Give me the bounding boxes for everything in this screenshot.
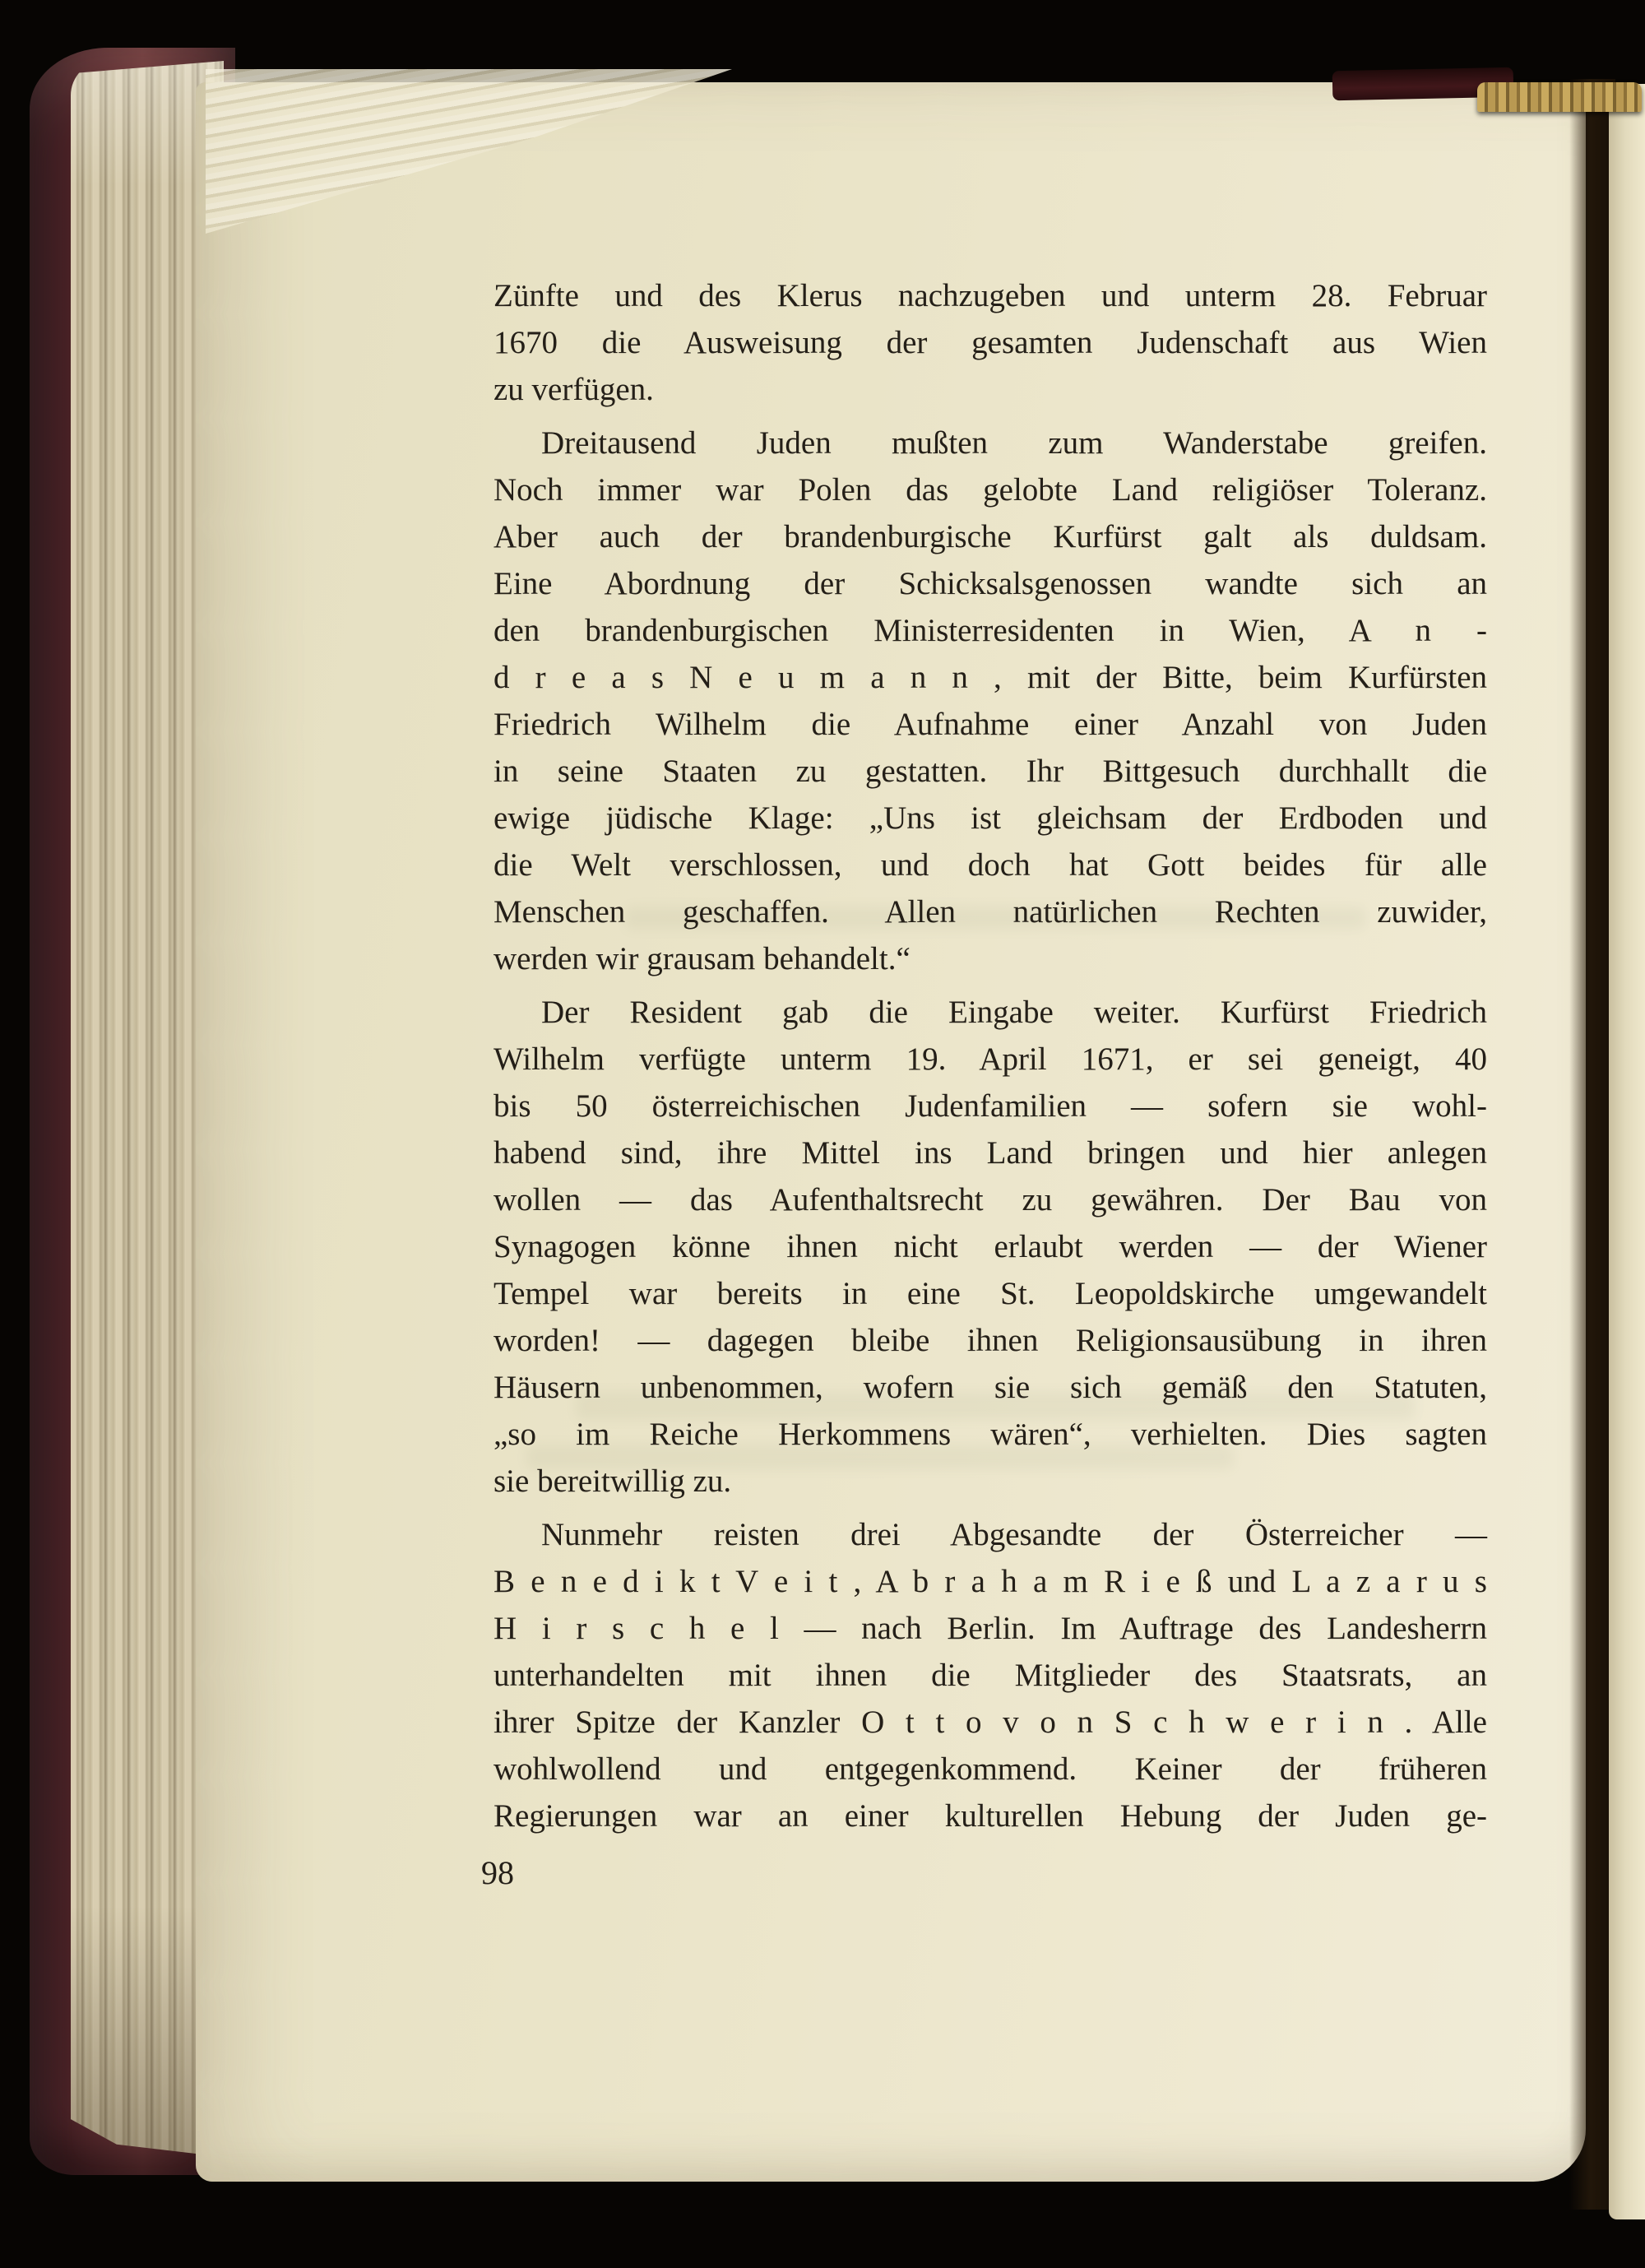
text-line: Tempel war bereits in eine St. Leopoldsk… <box>493 1270 1487 1317</box>
book-photo: Zünfte und des Klerus nachzugeben und un… <box>0 0 1645 2268</box>
text-line: worden! — dagegen bleibe ihnen Religions… <box>493 1317 1487 1364</box>
headband <box>1477 82 1642 112</box>
text-line: Friedrich Wilhelm die Aufnahme einer Anz… <box>493 701 1487 748</box>
text-line: sie bereitwillig zu. <box>493 1458 1487 1505</box>
text-line: die Welt verschlossen, und doch hat Gott… <box>493 842 1487 888</box>
next-page-edge <box>1609 84 1645 2219</box>
paragraph: Nunmehr reisten drei Abgesandte der Öste… <box>493 1511 1487 1839</box>
text-line: „so im Reiche Herkommens wären“, verhiel… <box>493 1411 1487 1458</box>
text-block: Zünfte und des Klerus nachzugeben und un… <box>493 272 1487 1839</box>
text-line: Regierungen war an einer kulturellen Heb… <box>493 1793 1487 1839</box>
text-line: Noch immer war Polen das gelobte Land re… <box>493 466 1487 513</box>
text-line: B e n e d i k t V e i t , A b r a h a m … <box>493 1558 1487 1605</box>
paragraph: Zünfte und des Klerus nachzugeben und un… <box>493 272 1487 413</box>
text-line: Häusern unbenommen, wofern sie sich gemä… <box>493 1364 1487 1411</box>
text-line: bis 50 österreichischen Judenfamilien — … <box>493 1083 1487 1129</box>
text-line: Menschen geschaffen. Allen natürlichen R… <box>493 888 1487 935</box>
paragraph: Dreitausend Juden mußten zum Wanderstabe… <box>493 420 1487 982</box>
paragraph: Der Resident gab die Eingabe weiter. Kur… <box>493 989 1487 1505</box>
text-line: Eine Abordnung der Schicksalsgenossen wa… <box>493 560 1487 607</box>
text-line: Nunmehr reisten drei Abgesandte der Öste… <box>493 1511 1487 1558</box>
text-line: wohlwollend und entgegenkommend. Keiner … <box>493 1746 1487 1793</box>
text-line: in seine Staaten zu gestatten. Ihr Bittg… <box>493 748 1487 795</box>
text-line: Zünfte und des Klerus nachzugeben und un… <box>493 272 1487 319</box>
text-line: d r e a s N e u m a n n , mit der Bitte,… <box>493 654 1487 701</box>
text-line: Synagogen könne ihnen nicht erlaubt werd… <box>493 1223 1487 1270</box>
text-line: Wilhelm verfügte unterm 19. April 1671, … <box>493 1036 1487 1083</box>
text-line: werden wir grausam behandelt.“ <box>493 935 1487 982</box>
text-line: H i r s c h e l — nach Berlin. Im Auftra… <box>493 1605 1487 1652</box>
text-line: unterhandelten mit ihnen die Mitglieder … <box>493 1652 1487 1699</box>
text-line: ihrer Spitze der Kanzler O t t o v o n S… <box>493 1699 1487 1746</box>
text-line: Dreitausend Juden mußten zum Wanderstabe… <box>493 420 1487 466</box>
page-number: 98 <box>481 1849 514 1896</box>
text-line: den brandenburgischen Ministerresidenten… <box>493 607 1487 654</box>
text-line: ewige jüdische Klage: „Uns ist gleichsam… <box>493 795 1487 842</box>
text-line: 1670 die Ausweisung der gesamten Judensc… <box>493 319 1487 366</box>
text-line: wollen — das Aufenthaltsrecht zu gewähre… <box>493 1176 1487 1223</box>
text-line: Der Resident gab die Eingabe weiter. Kur… <box>493 989 1487 1036</box>
text-line: zu verfügen. <box>493 366 1487 413</box>
text-line: Aber auch der brandenburgische Kurfürst … <box>493 513 1487 560</box>
text-line: habend sind, ihre Mittel ins Land bringe… <box>493 1129 1487 1176</box>
